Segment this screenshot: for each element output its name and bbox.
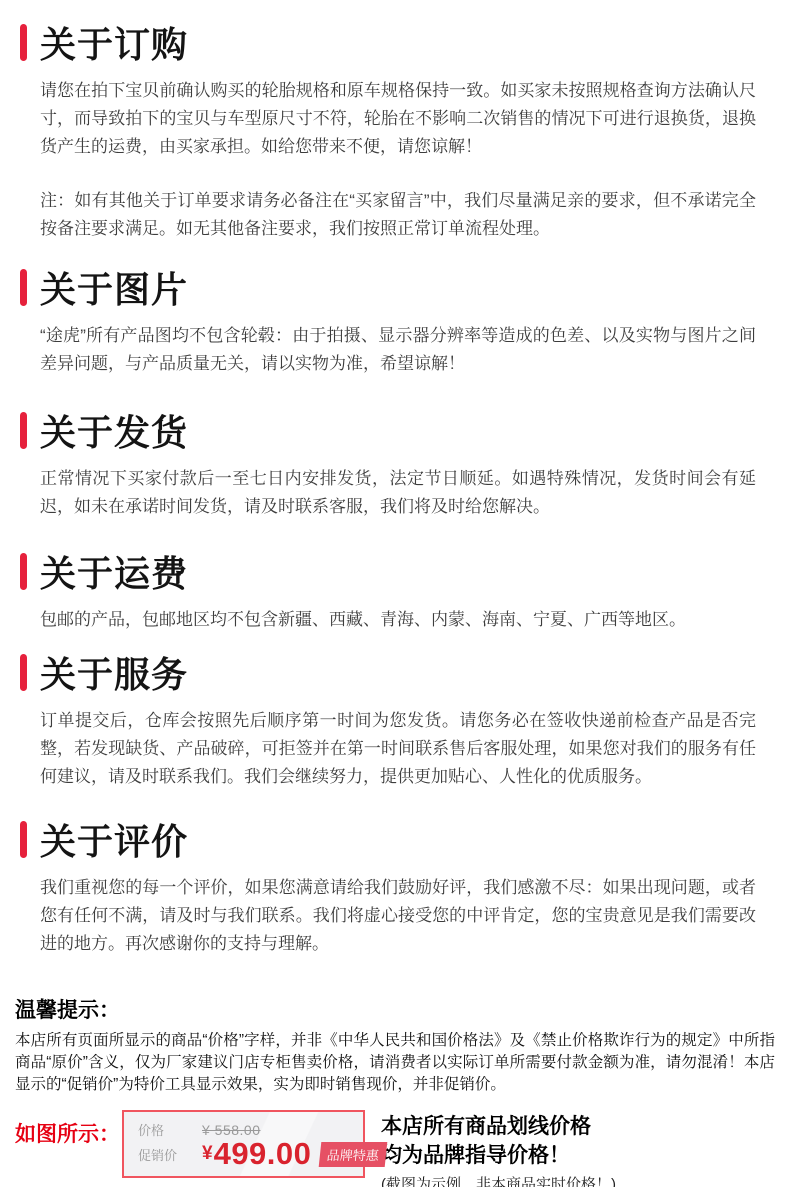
currency-symbol: ¥ <box>202 1143 213 1165</box>
pricing-note-caption: (截图为示例，非本商品实时价格！) <box>381 1173 616 1187</box>
price-box: 价格 ¥ 558.00 促销价 ¥ 499.00 品牌特惠 <box>122 1110 365 1178</box>
section-header: 关于运费 <box>0 549 790 593</box>
pricing-note-line1: 本店所有商品划线价格 <box>381 1112 616 1141</box>
section-paragraph: 包邮的产品，包邮地区均不包含新疆、西藏、青海、内蒙、海南、宁夏、广西等地区。 <box>40 606 756 634</box>
red-accent-bar <box>20 269 27 306</box>
section-header: 关于订购 <box>0 20 790 64</box>
section-paragraph: “途虎”所有产品图均不包含轮毂：由于拍摄、显示器分辨率等造成的色差、以及实物与图… <box>40 322 756 378</box>
section-title: 关于运费 <box>40 546 188 597</box>
section-about-shipping: 关于发货 正常情况下买家付款后一至七日内安排发货，法定节日顺延。如遇特殊情况，发… <box>0 408 790 521</box>
example-label: 如图所示： <box>15 1118 120 1148</box>
section-paragraph: 注：如有其他关于订单要求请务必备注在“买家留言”中，我们尽量满足亲的要求，但不承… <box>40 187 756 243</box>
section-paragraph: 我们重视您的每一个评价，如果您满意请给我们鼓励好评，我们感激不尽：如果出现问题，… <box>40 874 756 958</box>
section-paragraph: 订单提交后，仓库会按照先后顺序第一时间为您发货。请您务必在签收快递前检查产品是否… <box>40 707 756 791</box>
section-about-service: 关于服务 订单提交后，仓库会按照先后顺序第一时间为您发货。请您务必在签收快递前检… <box>0 650 790 791</box>
section-title: 关于图片 <box>40 262 188 313</box>
red-accent-bar <box>20 654 27 691</box>
notice-title: 温馨提示： <box>15 996 775 1026</box>
red-accent-bar <box>20 553 27 590</box>
section-header: 关于图片 <box>0 265 790 309</box>
pricing-note-line2: 均为品牌指导价格！ <box>381 1141 616 1170</box>
price-label: 价格 <box>138 1120 202 1139</box>
section-about-images: 关于图片 “途虎”所有产品图均不包含轮毂：由于拍摄、显示器分辨率等造成的色差、以… <box>0 265 790 378</box>
section-about-ordering: 关于订购 请您在拍下宝贝前确认购买的轮胎规格和原车规格保持一致。如买家未按照规格… <box>0 20 790 243</box>
section-title: 关于评价 <box>40 814 188 865</box>
promo-badge: 品牌特惠 <box>319 1142 388 1167</box>
pricing-note-block: 本店所有商品划线价格 均为品牌指导价格！ (截图为示例，非本商品实时价格！) <box>381 1110 616 1187</box>
notice-body: 本店所有页面所显示的商品“价格”字样，并非《中华人民共和国价格法》及《禁止价格欺… <box>15 1030 775 1096</box>
section-about-reviews: 关于评价 我们重视您的每一个评价，如果您满意请给我们鼓励好评，我们感激不尽：如果… <box>0 817 790 958</box>
red-accent-bar <box>20 412 27 449</box>
product-policy-page: 关于订购 请您在拍下宝贝前确认购买的轮胎规格和原车规格保持一致。如买家未按照规格… <box>0 20 790 1187</box>
section-paragraph: 正常情况下买家付款后一至七日内安排发货，法定节日顺延。如遇特殊情况，发货时间会有… <box>40 465 756 521</box>
section-header: 关于服务 <box>0 650 790 694</box>
section-title: 关于服务 <box>40 647 188 698</box>
section-header: 关于发货 <box>0 408 790 452</box>
section-header: 关于评价 <box>0 817 790 861</box>
price-example-row: 如图所示： 价格 ¥ 558.00 促销价 ¥ 499.00 品牌特惠 本店所有… <box>0 1110 790 1187</box>
section-title: 关于订购 <box>40 17 188 68</box>
promo-price-row: 促销价 ¥ 499.00 品牌特惠 <box>138 1139 353 1169</box>
promo-label: 促销价 <box>138 1145 202 1164</box>
promo-price: 499.00 <box>214 1139 312 1169</box>
section-about-freight: 关于运费 包邮的产品，包邮地区均不包含新疆、西藏、青海、内蒙、海南、宁夏、广西等… <box>0 549 790 634</box>
red-accent-bar <box>20 24 27 61</box>
section-paragraph: 请您在拍下宝贝前确认购买的轮胎规格和原车规格保持一致。如买家未按照规格查询方法确… <box>40 77 756 161</box>
section-title: 关于发货 <box>40 405 188 456</box>
warm-notice: 温馨提示： 本店所有页面所显示的商品“价格”字样，并非《中华人民共和国价格法》及… <box>0 996 790 1096</box>
red-accent-bar <box>20 821 27 858</box>
